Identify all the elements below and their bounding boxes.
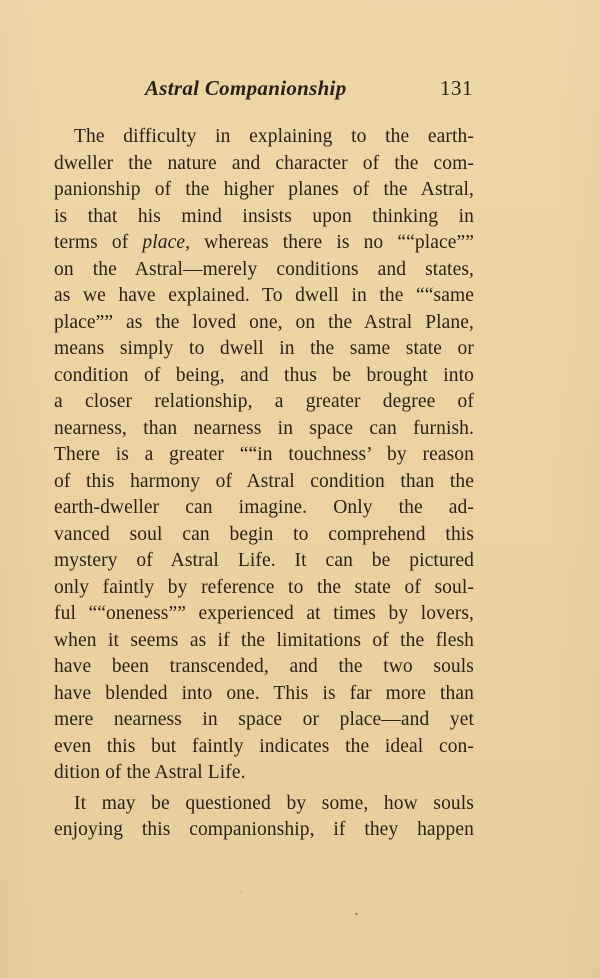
body-text: The difficulty in explaining to the eart…	[54, 124, 474, 844]
text-line: only faintly by reference to the state o…	[54, 575, 474, 602]
text-line: have blended into one. This is far more …	[54, 681, 474, 708]
text-line: It may be questioned by some, how souls	[54, 791, 474, 818]
text-line: earth-dweller can imagine. Only the ad-	[54, 495, 474, 522]
text-line: panionship of the higher planes of the A…	[54, 177, 474, 204]
text-line: on the Astral—merely conditions and stat…	[54, 257, 474, 284]
text-line: The difficulty in explaining to the eart…	[54, 124, 474, 151]
text-line: vanced soul can begin to comprehend this	[54, 522, 474, 549]
paper-speck	[320, 963, 321, 964]
running-head: Astral Companionship 131	[145, 76, 473, 106]
text-line: is that his mind insists upon thinking i…	[54, 204, 474, 231]
text-line: terms of place, whereas there is no ““pl…	[54, 230, 474, 257]
text-line: dweller the nature and character of the …	[54, 151, 474, 178]
page-number: 131	[440, 76, 473, 101]
italic-word: place,	[142, 232, 190, 253]
text-line: nearness, than nearness in space can fur…	[54, 416, 474, 443]
text-line: mere nearness in space or place—and yet	[54, 707, 474, 734]
text-line: of this harmony of Astral condition than…	[54, 469, 474, 496]
paper-speck	[355, 913, 358, 915]
text-line: ful ““oneness”” experienced at times by …	[54, 601, 474, 628]
text-line: place”” as the loved one, on the Astral …	[54, 310, 474, 337]
text-line: a closer relationship, a greater degree …	[54, 389, 474, 416]
paper-speck	[240, 892, 242, 893]
text-line: There is a greater ““in touchness’ by re…	[54, 442, 474, 469]
text-line: means simply to dwell in the same state …	[54, 336, 474, 363]
text-run: terms of	[54, 232, 142, 253]
text-run: whereas there is no ““place””	[190, 232, 474, 253]
text-line: condition of being, and thus be brought …	[54, 363, 474, 390]
text-line: dition of the Astral Life.	[54, 760, 474, 787]
text-line: as we have explained. To dwell in the ““…	[54, 283, 474, 310]
text-line: mystery of Astral Life. It can be pictur…	[54, 548, 474, 575]
text-line: have been transcended, and the two souls	[54, 654, 474, 681]
book-page: Astral Companionship 131 The difficulty …	[0, 0, 600, 978]
paragraph-2: It may be questioned by some, how souls …	[54, 791, 474, 844]
text-line: even this but faintly indicates the idea…	[54, 734, 474, 761]
paragraph-1: The difficulty in explaining to the eart…	[54, 124, 474, 787]
text-line: when it seems as if the limitations of t…	[54, 628, 474, 655]
text-line: enjoying this companionship, if they hap…	[54, 817, 474, 844]
running-title: Astral Companionship	[145, 76, 347, 101]
